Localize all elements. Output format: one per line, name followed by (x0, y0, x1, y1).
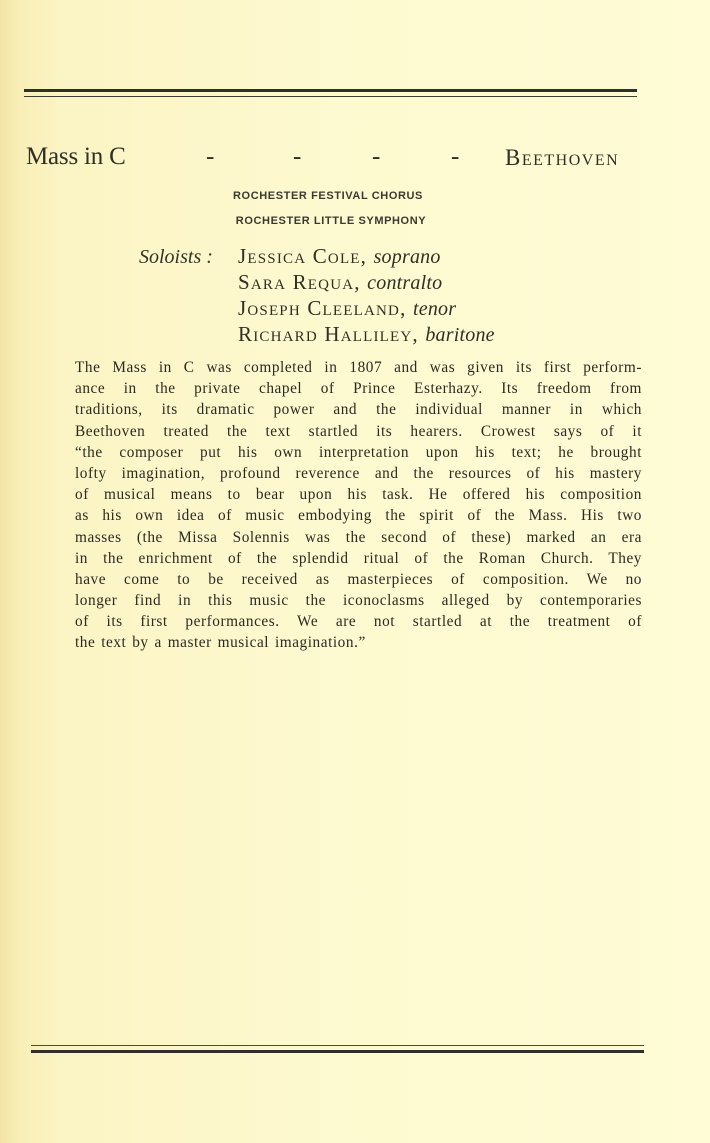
title-dash: - (293, 143, 301, 171)
note-line: masses (the Missa Solennis was the secon… (75, 527, 642, 548)
soloist-entry: Sara Requa, contralto (238, 270, 442, 295)
note-line: “the composer put his own interpretation… (75, 442, 642, 463)
note-line: the text by a master musical imagination… (75, 632, 642, 653)
bottom-rule-thin (31, 1045, 644, 1046)
soloist-entry: Richard Halliley, baritone (238, 322, 495, 347)
note-line: of its first performances. We are not st… (75, 611, 642, 632)
program-page: Mass in C - - - - Beethoven ROCHESTER FE… (0, 0, 710, 1143)
title-dash: - (206, 143, 214, 171)
top-rule-thin (24, 96, 637, 97)
program-note: The Mass in C was completed in 1807 and … (75, 357, 642, 654)
note-line: as his own idea of music embodying the s… (75, 505, 642, 526)
soloist-voice: baritone (425, 324, 494, 346)
title-dash: - (451, 143, 459, 171)
ensemble-chorus: ROCHESTER FESTIVAL CHORUS (0, 190, 656, 202)
note-line: lofty imagination, profound reverence an… (75, 463, 642, 484)
note-line: in the enrichment of the splendid ritual… (75, 548, 642, 569)
soloist-entry: Jessica Cole, soprano (238, 244, 441, 269)
title-dash: - (372, 143, 380, 171)
work-title: Mass in C (26, 143, 126, 171)
ensemble-orchestra: ROCHESTER LITTLE SYMPHONY (0, 215, 662, 227)
note-line: Beethoven treated the text startled its … (75, 421, 642, 442)
soloist-name: Sara Requa, (238, 270, 361, 294)
note-line: longer find in this music the iconoclasm… (75, 590, 642, 611)
soloist-voice: contralto (367, 272, 442, 294)
soloist-entry: Joseph Cleeland, tenor (238, 296, 456, 321)
bottom-rule-thick (31, 1050, 644, 1053)
soloist-name: Jessica Cole, (238, 244, 367, 268)
soloists-label: Soloists : (139, 246, 213, 269)
composer-name: Beethoven (505, 145, 619, 171)
soloist-voice: tenor (413, 298, 456, 320)
note-line: of musical means to bear upon his task. … (75, 484, 642, 505)
note-line: The Mass in C was completed in 1807 and … (75, 357, 642, 378)
soloist-name: Joseph Cleeland, (238, 296, 407, 320)
top-rule-thick (24, 89, 637, 92)
note-line: traditions, its dramatic power and the i… (75, 399, 642, 420)
note-line: ance in the private chapel of Prince Est… (75, 378, 642, 399)
soloist-voice: soprano (374, 246, 441, 268)
note-line: have come to be received as masterpieces… (75, 569, 642, 590)
soloist-name: Richard Halliley, (238, 322, 419, 346)
